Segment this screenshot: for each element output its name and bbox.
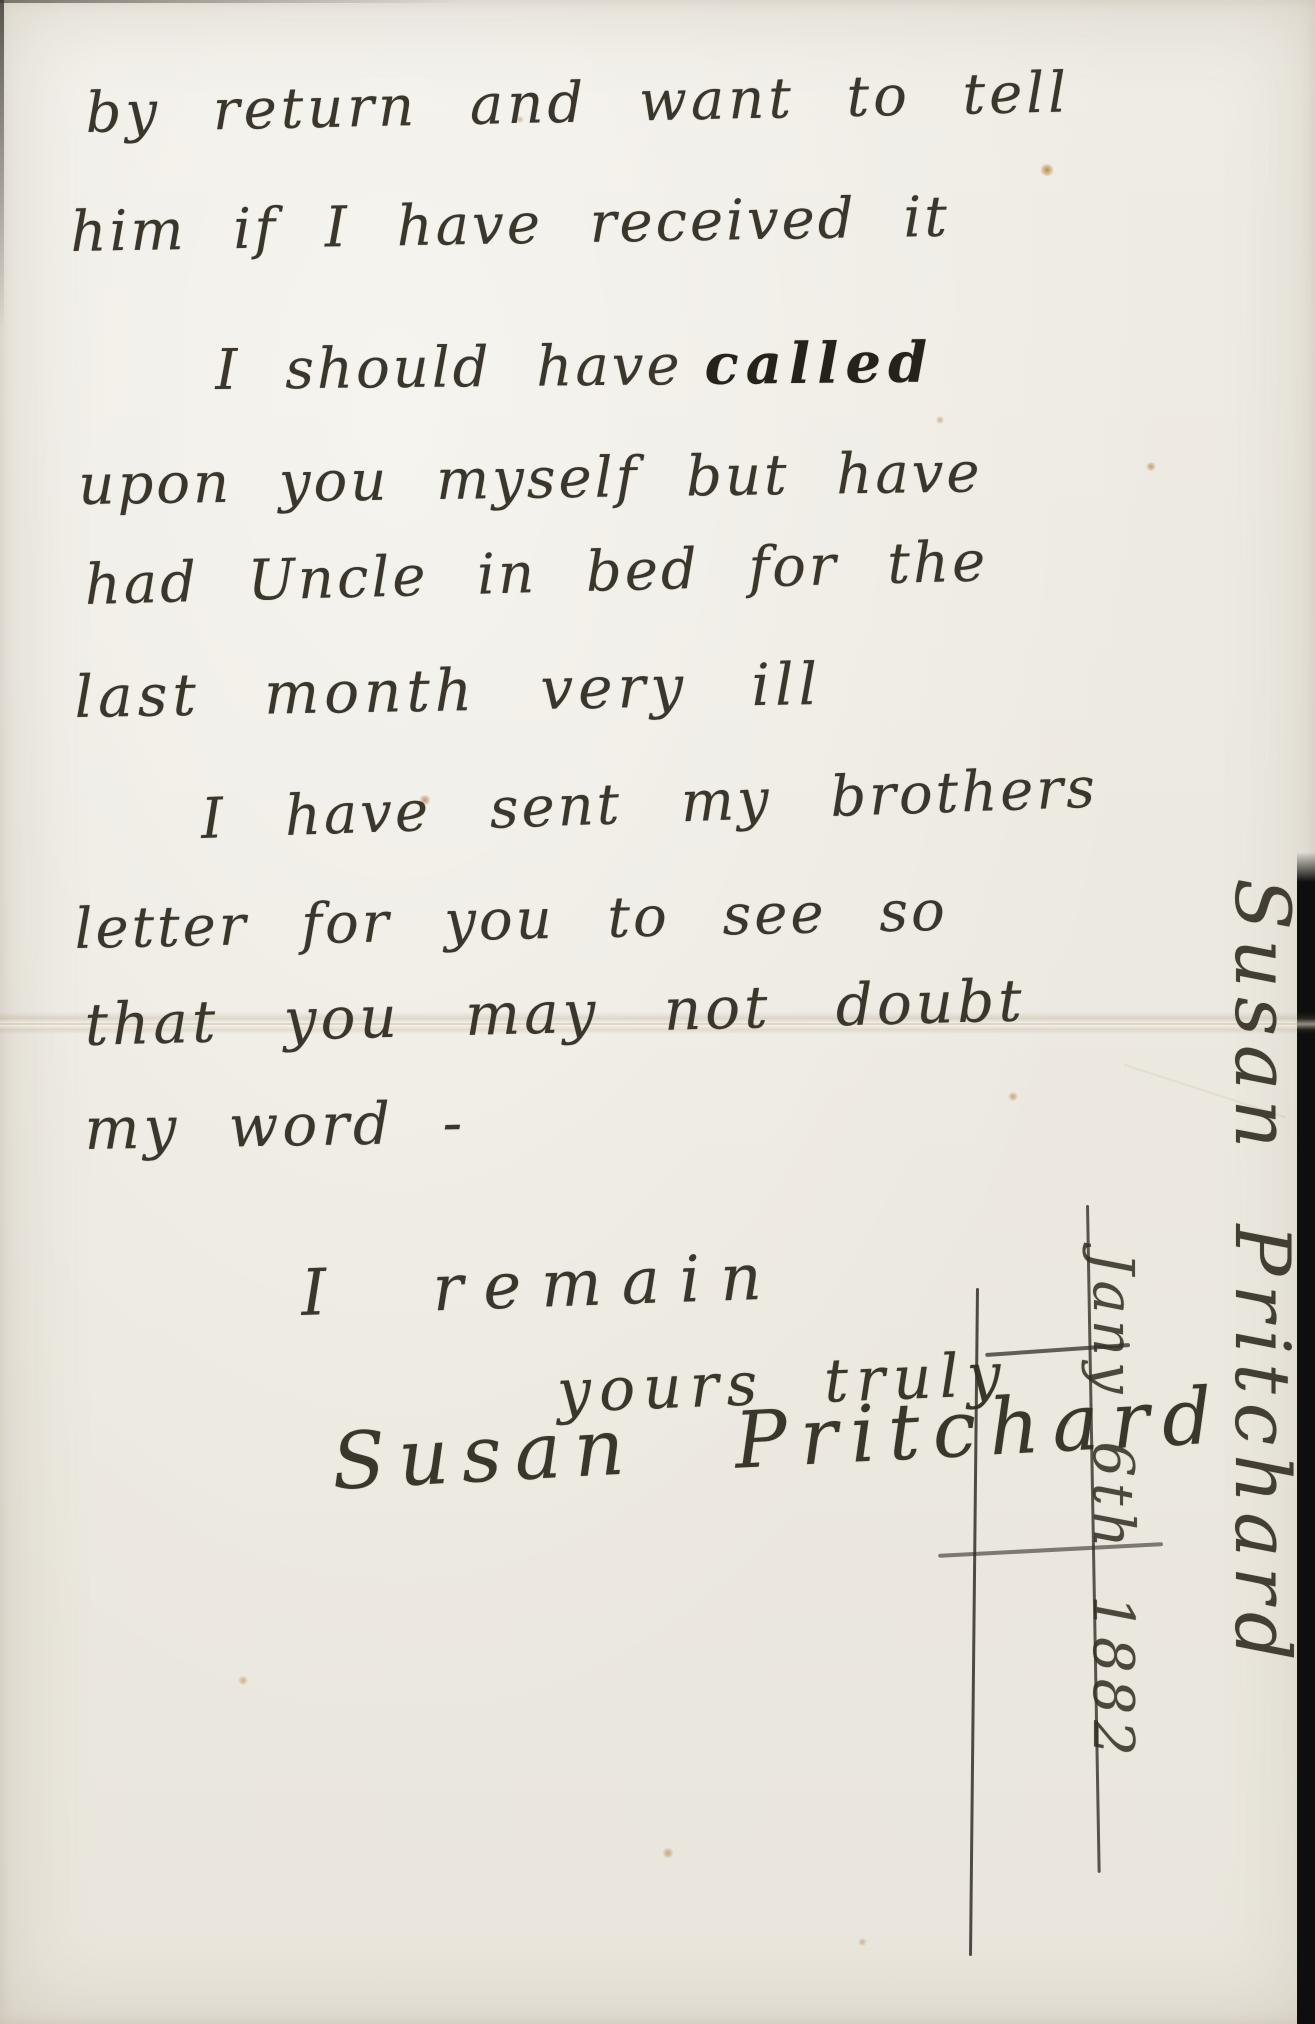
letter-line: by return and want to tell	[85, 65, 1071, 142]
letter-line: had Uncle in bed for the	[84, 534, 989, 614]
letter-line: that you may not doubt	[84, 971, 1026, 1054]
foxing-spot	[238, 1676, 248, 1685]
scan-edge-left	[0, 0, 4, 330]
foxing-spot	[858, 1938, 867, 1946]
scan-edge-top	[0, 0, 465, 3]
closing-remain: I remain	[300, 1245, 783, 1326]
foxing-spot	[1146, 462, 1156, 471]
foxing-spot	[662, 1848, 674, 1858]
foxing-spot	[1040, 164, 1054, 176]
foxing-spot	[1008, 1092, 1018, 1101]
letter-line: my word -	[84, 1093, 467, 1158]
letter-line: upon you myself but have	[78, 445, 983, 514]
letter-page: by return and want to tell him if I have…	[0, 0, 1315, 2024]
docket-name: Susan Pritchard	[1224, 878, 1300, 1978]
letter-line: I have sent my brothers	[200, 761, 1099, 848]
emphasized-word: called	[704, 329, 934, 397]
letter-line: letter for you to see so	[74, 884, 948, 958]
letter-line-text: I should have	[215, 333, 683, 403]
letter-line: last month very ill	[74, 655, 823, 726]
foxing-spot	[936, 416, 944, 424]
letter-line: him if I have received it	[70, 190, 950, 261]
letter-line: I should havecalled	[215, 334, 935, 399]
